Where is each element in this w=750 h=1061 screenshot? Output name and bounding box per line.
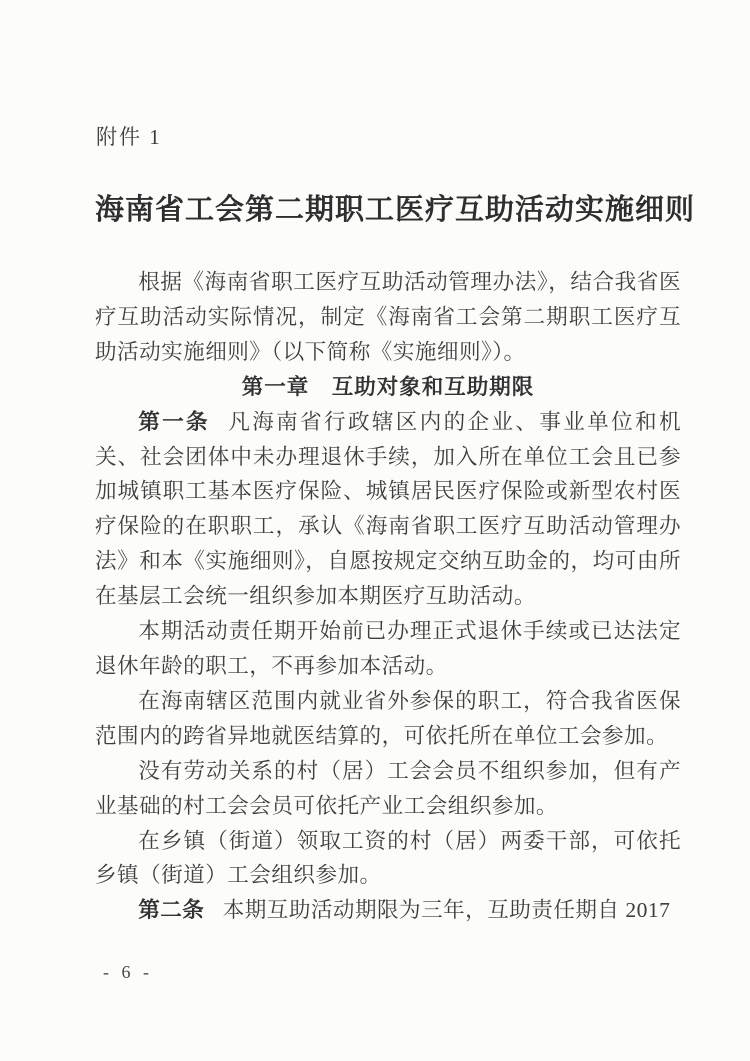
paragraph-text: 在海南辖区范围内就业省外参保的职工，符合我省医保范围内的跨省异地就医结算的，可依… xyxy=(95,689,681,748)
document-title: 海南省工会第二期职工医疗互助活动实施细则 xyxy=(95,187,685,228)
paragraph-text: 在乡镇（街道）领取工资的村（居）两委干部，可依托乡镇（街道）工会组织参加。 xyxy=(95,829,681,888)
intro-paragraph: 根据《海南省职工医疗互助活动管理办法》，结合我省医疗互助活动实际情况，制定《海南… xyxy=(95,265,681,370)
document-body: 根据《海南省职工医疗互助活动管理办法》，结合我省医疗互助活动实际情况，制定《海南… xyxy=(95,265,681,928)
paragraph-text: 本期活动责任期开始前已办理正式退休手续或已达法定退休年龄的职工，不再参加本活动。 xyxy=(95,619,681,678)
paragraph-text: 根据《海南省职工医疗互助活动管理办法》，结合我省医疗互助活动实际情况，制定《海南… xyxy=(95,270,681,364)
paragraph-text: 本期互助活动期限为三年，互助责任期自 2017 xyxy=(223,898,671,922)
chapter-one-heading: 第一章 互助对象和互助期限 xyxy=(95,370,681,405)
article-two-label: 第二条 xyxy=(138,898,204,922)
article-one-paragraph: 第一条凡海南省行政辖区内的企业、事业单位和机关、社会团体中未办理退休手续，加入所… xyxy=(95,405,681,614)
attachment-label: 附件 1 xyxy=(96,121,162,151)
township-cadre-paragraph: 在乡镇（街道）领取工资的村（居）两委干部，可依托乡镇（街道）工会组织参加。 xyxy=(95,824,681,894)
out-of-province-paragraph: 在海南辖区范围内就业省外参保的职工，符合我省医保范围内的跨省异地就医结算的，可依… xyxy=(95,684,681,754)
paragraph-text: 凡海南省行政辖区内的企业、事业单位和机关、社会团体中未办理退休手续，加入所在单位… xyxy=(95,410,681,609)
village-member-paragraph: 没有劳动关系的村（居）工会会员不组织参加，但有产业基础的村工会会员可依托产业工会… xyxy=(95,754,681,824)
page-number: - 6 - xyxy=(103,962,153,983)
article-two-paragraph: 第二条本期互助活动期限为三年，互助责任期自 2017 xyxy=(95,893,681,928)
scanned-document-page: 附件 1 海南省工会第二期职工医疗互助活动实施细则 根据《海南省职工医疗互助活动… xyxy=(0,0,750,1061)
paragraph-text: 没有劳动关系的村（居）工会会员不组织参加，但有产业基础的村工会会员可依托产业工会… xyxy=(95,759,681,818)
retired-exclusion-paragraph: 本期活动责任期开始前已办理正式退休手续或已达法定退休年龄的职工，不再参加本活动。 xyxy=(95,614,681,684)
article-one-label: 第一条 xyxy=(138,410,210,434)
